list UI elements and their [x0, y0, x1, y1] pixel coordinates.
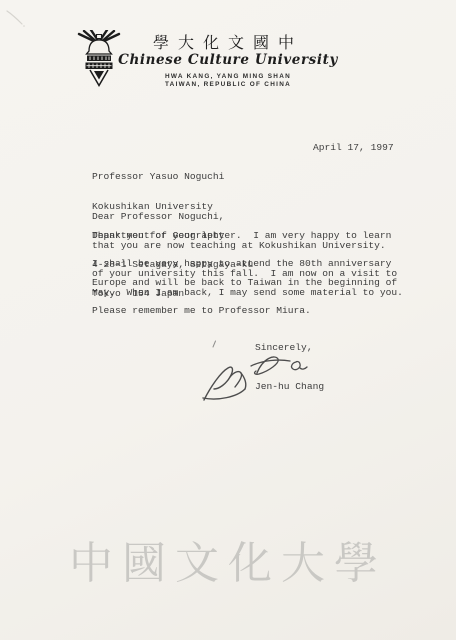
salutation: Dear Professor Noguchi, [92, 212, 224, 222]
letter-page: 學大化文國中 Chinese Culture University HWA KA… [0, 0, 456, 640]
recipient-line: Kokushikan University [92, 202, 253, 212]
signature-typed-name: Jen-hu Chang [255, 382, 324, 392]
signature-initials-icon [200, 360, 260, 406]
pen-tick-mark [211, 340, 218, 349]
letterhead-address-line1: HWA KANG, YANG MING SHAN [0, 73, 456, 80]
body-paragraph: Thank you for your letter. I am very hap… [92, 231, 391, 250]
scan-scratch-mark [5, 9, 29, 29]
body-paragraph: Please remember me to Professor Miura. [92, 306, 311, 316]
university-watermark: 中國文化大學 [69, 527, 387, 591]
letterhead-english-title: Chinese Culture University [0, 52, 456, 68]
body-paragraph: I shall be very happy to attend the 80th… [92, 259, 403, 298]
letter-date: April 17, 1997 [313, 143, 394, 153]
letterhead-chinese-title: 學大化文國中 [0, 30, 456, 53]
recipient-line: Professor Yasuo Noguchi [92, 172, 253, 182]
letterhead-address-line2: TAIWAN, REPUBLIC OF CHINA [0, 81, 456, 88]
